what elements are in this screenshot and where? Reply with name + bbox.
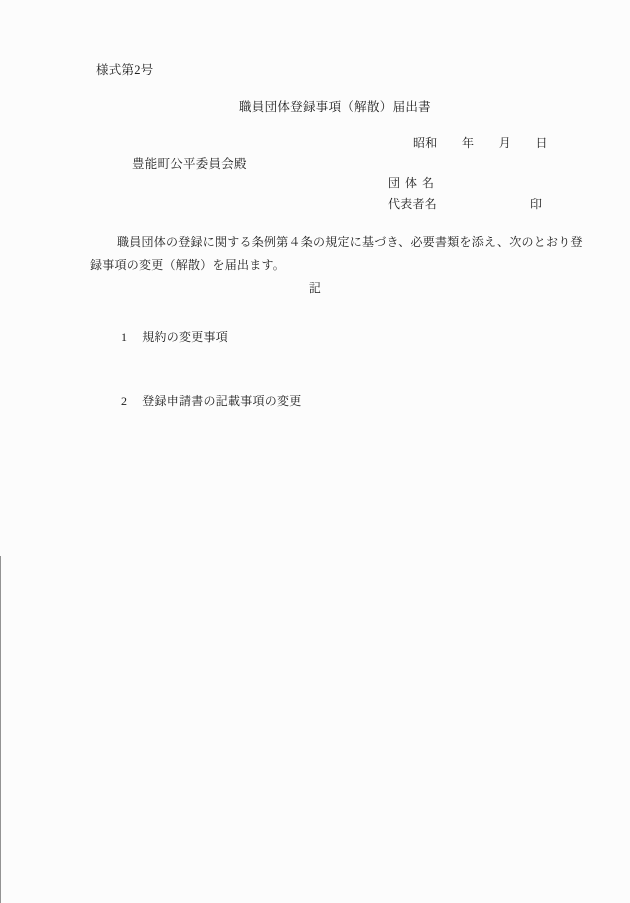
item-label: 登録申請書の記載事項の変更	[142, 394, 301, 408]
list-item: 2登録申請書の記載事項の変更	[108, 377, 302, 424]
scan-edge-artifact	[0, 556, 1, 903]
addressee-line: 豊能町公平委員会殿	[132, 157, 247, 171]
list-heading: 記	[0, 281, 630, 295]
document-page: 様式第2号 職員団体登録事項（解散）届出書 昭和 年 月 日 豊能町公平委員会殿…	[0, 0, 630, 903]
organization-name-label: 団 体 名	[388, 176, 435, 190]
item-number: 2	[121, 394, 127, 408]
document-title: 職員団体登録事項（解散）届出書	[40, 100, 630, 114]
list-item: 1規約の変更事項	[108, 313, 228, 360]
representative-name-label: 代表者名	[388, 197, 437, 211]
seal-mark: 印	[530, 197, 542, 211]
item-number: 1	[121, 330, 127, 344]
date-line: 昭和 年 月 日	[413, 136, 548, 150]
item-label: 規約の変更事項	[142, 330, 228, 344]
form-number: 様式第2号	[96, 63, 154, 77]
body-paragraph: 職員団体の登録に関する条例第４条の規定に基づき、必要書類を添え、次のとおり登録事…	[90, 231, 590, 277]
